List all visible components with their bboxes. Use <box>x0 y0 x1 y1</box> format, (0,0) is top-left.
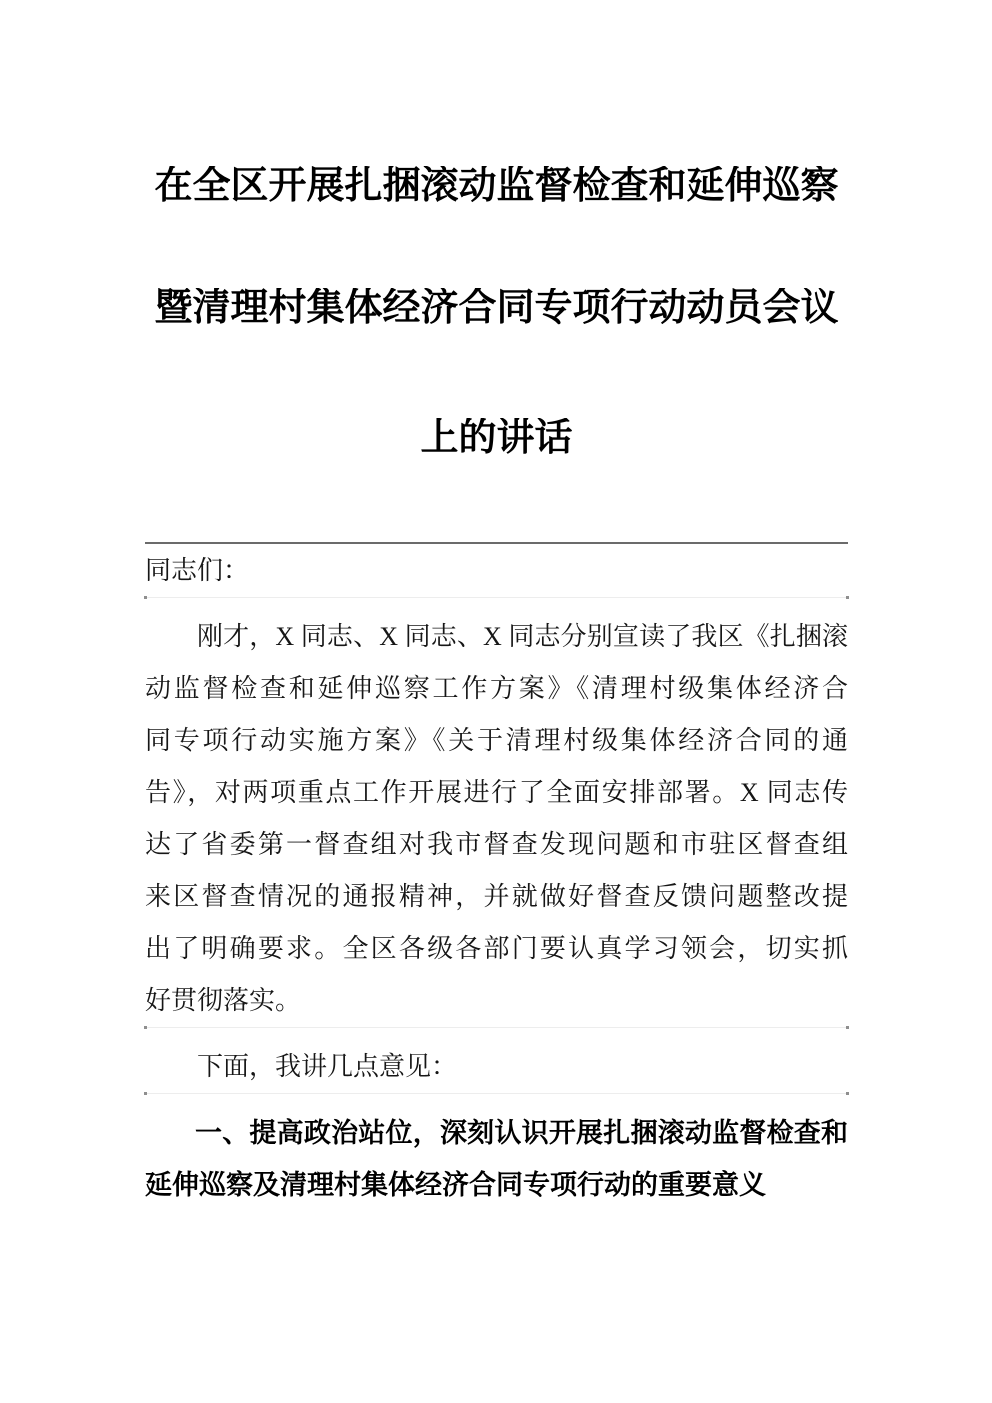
title-line: 上的讲话 <box>145 418 848 458</box>
transition-line: 下面，我讲几点意见： <box>145 1041 848 1094</box>
document-content: 在全区开展扎捆滚动监督检查和延伸巡察暨清理村集体经济合同专项行动动员会议上的讲话… <box>145 0 848 1224</box>
document-page: 在全区开展扎捆滚动监督检查和延伸巡察暨清理村集体经济合同专项行动动员会议上的讲话… <box>0 0 992 1403</box>
text-line: 下面，我讲几点意见： <box>145 1041 848 1093</box>
opening-paragraph: 刚才，X 同志、X 同志、X 同志分别宣读了我区《扎捆滚动监督检查和延伸巡察工作… <box>145 611 848 1028</box>
text-line: 同志们： <box>145 545 848 597</box>
doc-title: 在全区开展扎捆滚动监督检查和延伸巡察暨清理村集体经济合同专项行动动员会议上的讲话 <box>145 0 848 458</box>
text-line: 告》，对两项重点工作开展进行了全面安排部署。X 同志传 <box>145 767 848 819</box>
text-line: 达了省委第一督查组对我市督查发现问题和市驻区督查组 <box>145 819 848 871</box>
text-line: 来区督查情况的通报精神，并就做好督查反馈问题整改提 <box>145 871 848 923</box>
text-line: 好贯彻落实。 <box>145 975 848 1027</box>
text-line: 一、提高政治站位，深刻认识开展扎捆滚动监督检查和 <box>145 1107 848 1159</box>
text-line: 延伸巡察及清理村集体经济合同专项行动的重要意义 <box>145 1159 848 1211</box>
text-line: 动监督检查和延伸巡察工作方案》《清理村级集体经济合 <box>145 663 848 715</box>
text-line: 刚才，X 同志、X 同志、X 同志分别宣读了我区《扎捆滚 <box>145 611 848 663</box>
section-heading-1: 一、提高政治站位，深刻认识开展扎捆滚动监督检查和延伸巡察及清理村集体经济合同专项… <box>145 1107 848 1211</box>
title-line: 在全区开展扎捆滚动监督检查和延伸巡察 <box>145 166 848 206</box>
body-paragraphs: 同志们：刚才，X 同志、X 同志、X 同志分别宣读了我区《扎捆滚动监督检查和延伸… <box>145 544 848 1211</box>
text-line: 出了明确要求。全区各级各部门要认真学习领会，切实抓 <box>145 923 848 975</box>
text-line: 同专项行动实施方案》《关于清理村级集体经济合同的通 <box>145 715 848 767</box>
title-line: 暨清理村集体经济合同专项行动动员会议 <box>145 288 848 328</box>
salutation: 同志们： <box>145 545 848 598</box>
